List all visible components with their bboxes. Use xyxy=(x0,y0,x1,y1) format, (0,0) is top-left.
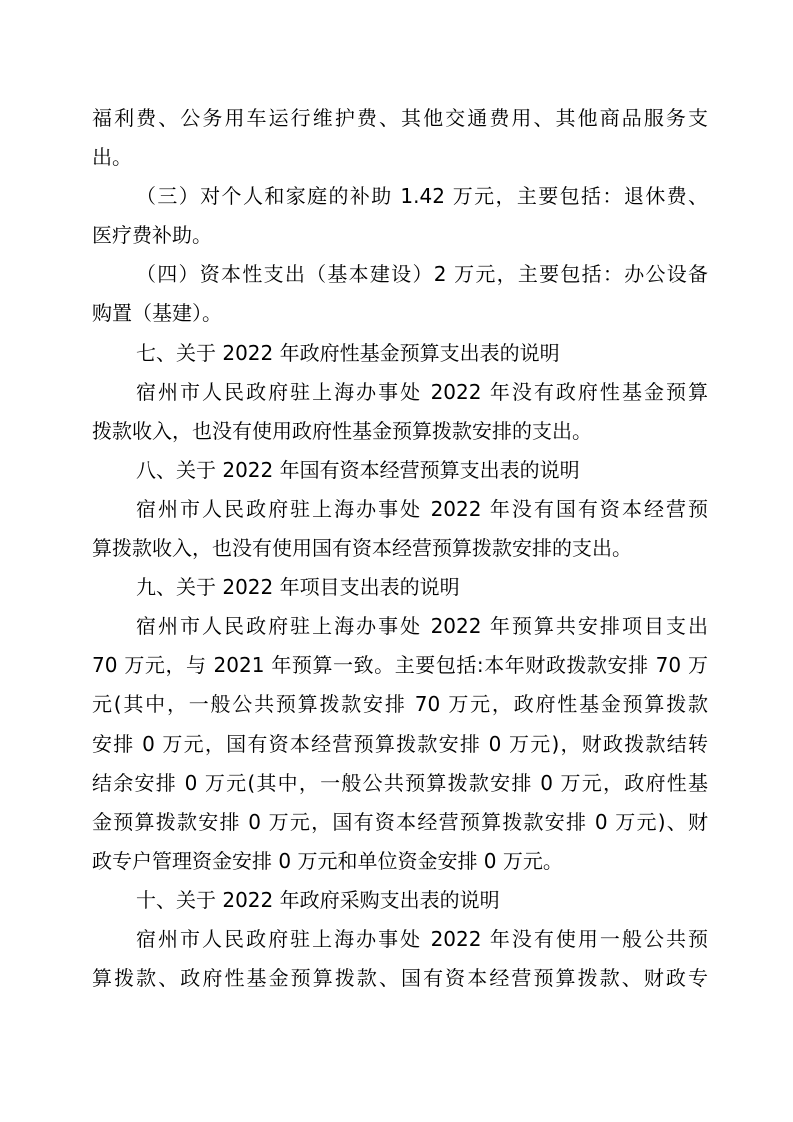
document-body: 福利费、公务用车运行维护费、其他交通费用、其他商品服务支出。（三）对个人和家庭的… xyxy=(0,0,793,1122)
paragraph: 宿州市人民政府驻上海办事处 2022 年没有使用一般公共预算拨款、政府性基金预算… xyxy=(92,920,708,998)
paragraph: 福利费、公务用车运行维护费、其他交通费用、其他商品服务支出。 xyxy=(92,99,708,177)
text-line: （四）资本性支出（基本建设）2 万元，主要包括：办公设备 xyxy=(92,255,708,294)
text-line: 九、关于 2022 年项目支出表的说明 xyxy=(92,568,708,607)
paragraph-heading: 七、关于 2022 年政府性基金预算支出表的说明 xyxy=(92,334,708,373)
text-line: 结余安排 0 万元(其中，一般公共预算拨款安排 0 万元，政府性基 xyxy=(92,764,708,803)
paragraph: 宿州市人民政府驻上海办事处 2022 年预算共安排项目支出70 万元，与 202… xyxy=(92,607,708,881)
paragraph: （四）资本性支出（基本建设）2 万元，主要包括：办公设备购置（基建）。 xyxy=(92,255,708,333)
text-line: 70 万元，与 2021 年预算一致。主要包括:本年财政拨款安排 70 万 xyxy=(92,646,708,685)
text-line: 算拨款收入，也没有使用国有资本经营预算拨款安排的支出。 xyxy=(92,529,708,568)
text-line: 政专户管理资金安排 0 万元和单位资金安排 0 万元。 xyxy=(92,842,708,881)
text-line: 宿州市人民政府驻上海办事处 2022 年没有政府性基金预算 xyxy=(92,373,708,412)
paragraph-heading: 八、关于 2022 年国有资本经营预算支出表的说明 xyxy=(92,451,708,490)
paragraph-heading: 十、关于 2022 年政府采购支出表的说明 xyxy=(92,881,708,920)
paragraph: 宿州市人民政府驻上海办事处 2022 年没有政府性基金预算拨款收入，也没有使用政… xyxy=(92,373,708,451)
text-line: 元(其中，一般公共预算拨款安排 70 万元，政府性基金预算拨款 xyxy=(92,685,708,724)
text-line: 宿州市人民政府驻上海办事处 2022 年没有国有资本经营预 xyxy=(92,490,708,529)
paragraph-heading: 九、关于 2022 年项目支出表的说明 xyxy=(92,568,708,607)
text-line: 八、关于 2022 年国有资本经营预算支出表的说明 xyxy=(92,451,708,490)
text-line: 安排 0 万元，国有资本经营预算拨款安排 0 万元)，财政拨款结转 xyxy=(92,725,708,764)
text-line: 福利费、公务用车运行维护费、其他交通费用、其他商品服务支 xyxy=(92,99,708,138)
text-line: 算拨款、政府性基金预算拨款、国有资本经营预算拨款、财政专 xyxy=(92,959,708,998)
text-line: 七、关于 2022 年政府性基金预算支出表的说明 xyxy=(92,334,708,373)
text-line: 医疗费补助。 xyxy=(92,216,708,255)
text-line: 购置（基建）。 xyxy=(92,294,708,333)
text-line: 金预算拨款安排 0 万元，国有资本经营预算拨款安排 0 万元)、财 xyxy=(92,803,708,842)
paragraph: （三）对个人和家庭的补助 1.42 万元，主要包括：退休费、医疗费补助。 xyxy=(92,177,708,255)
document-page: 福利费、公务用车运行维护费、其他交通费用、其他商品服务支出。（三）对个人和家庭的… xyxy=(0,0,793,1122)
text-line: 出。 xyxy=(92,138,708,177)
paragraph: 宿州市人民政府驻上海办事处 2022 年没有国有资本经营预算拨款收入，也没有使用… xyxy=(92,490,708,568)
text-line: 拨款收入，也没有使用政府性基金预算拨款安排的支出。 xyxy=(92,412,708,451)
text-line: 宿州市人民政府驻上海办事处 2022 年预算共安排项目支出 xyxy=(92,607,708,646)
text-line: （三）对个人和家庭的补助 1.42 万元，主要包括：退休费、 xyxy=(92,177,708,216)
text-line: 宿州市人民政府驻上海办事处 2022 年没有使用一般公共预 xyxy=(92,920,708,959)
text-line: 十、关于 2022 年政府采购支出表的说明 xyxy=(92,881,708,920)
